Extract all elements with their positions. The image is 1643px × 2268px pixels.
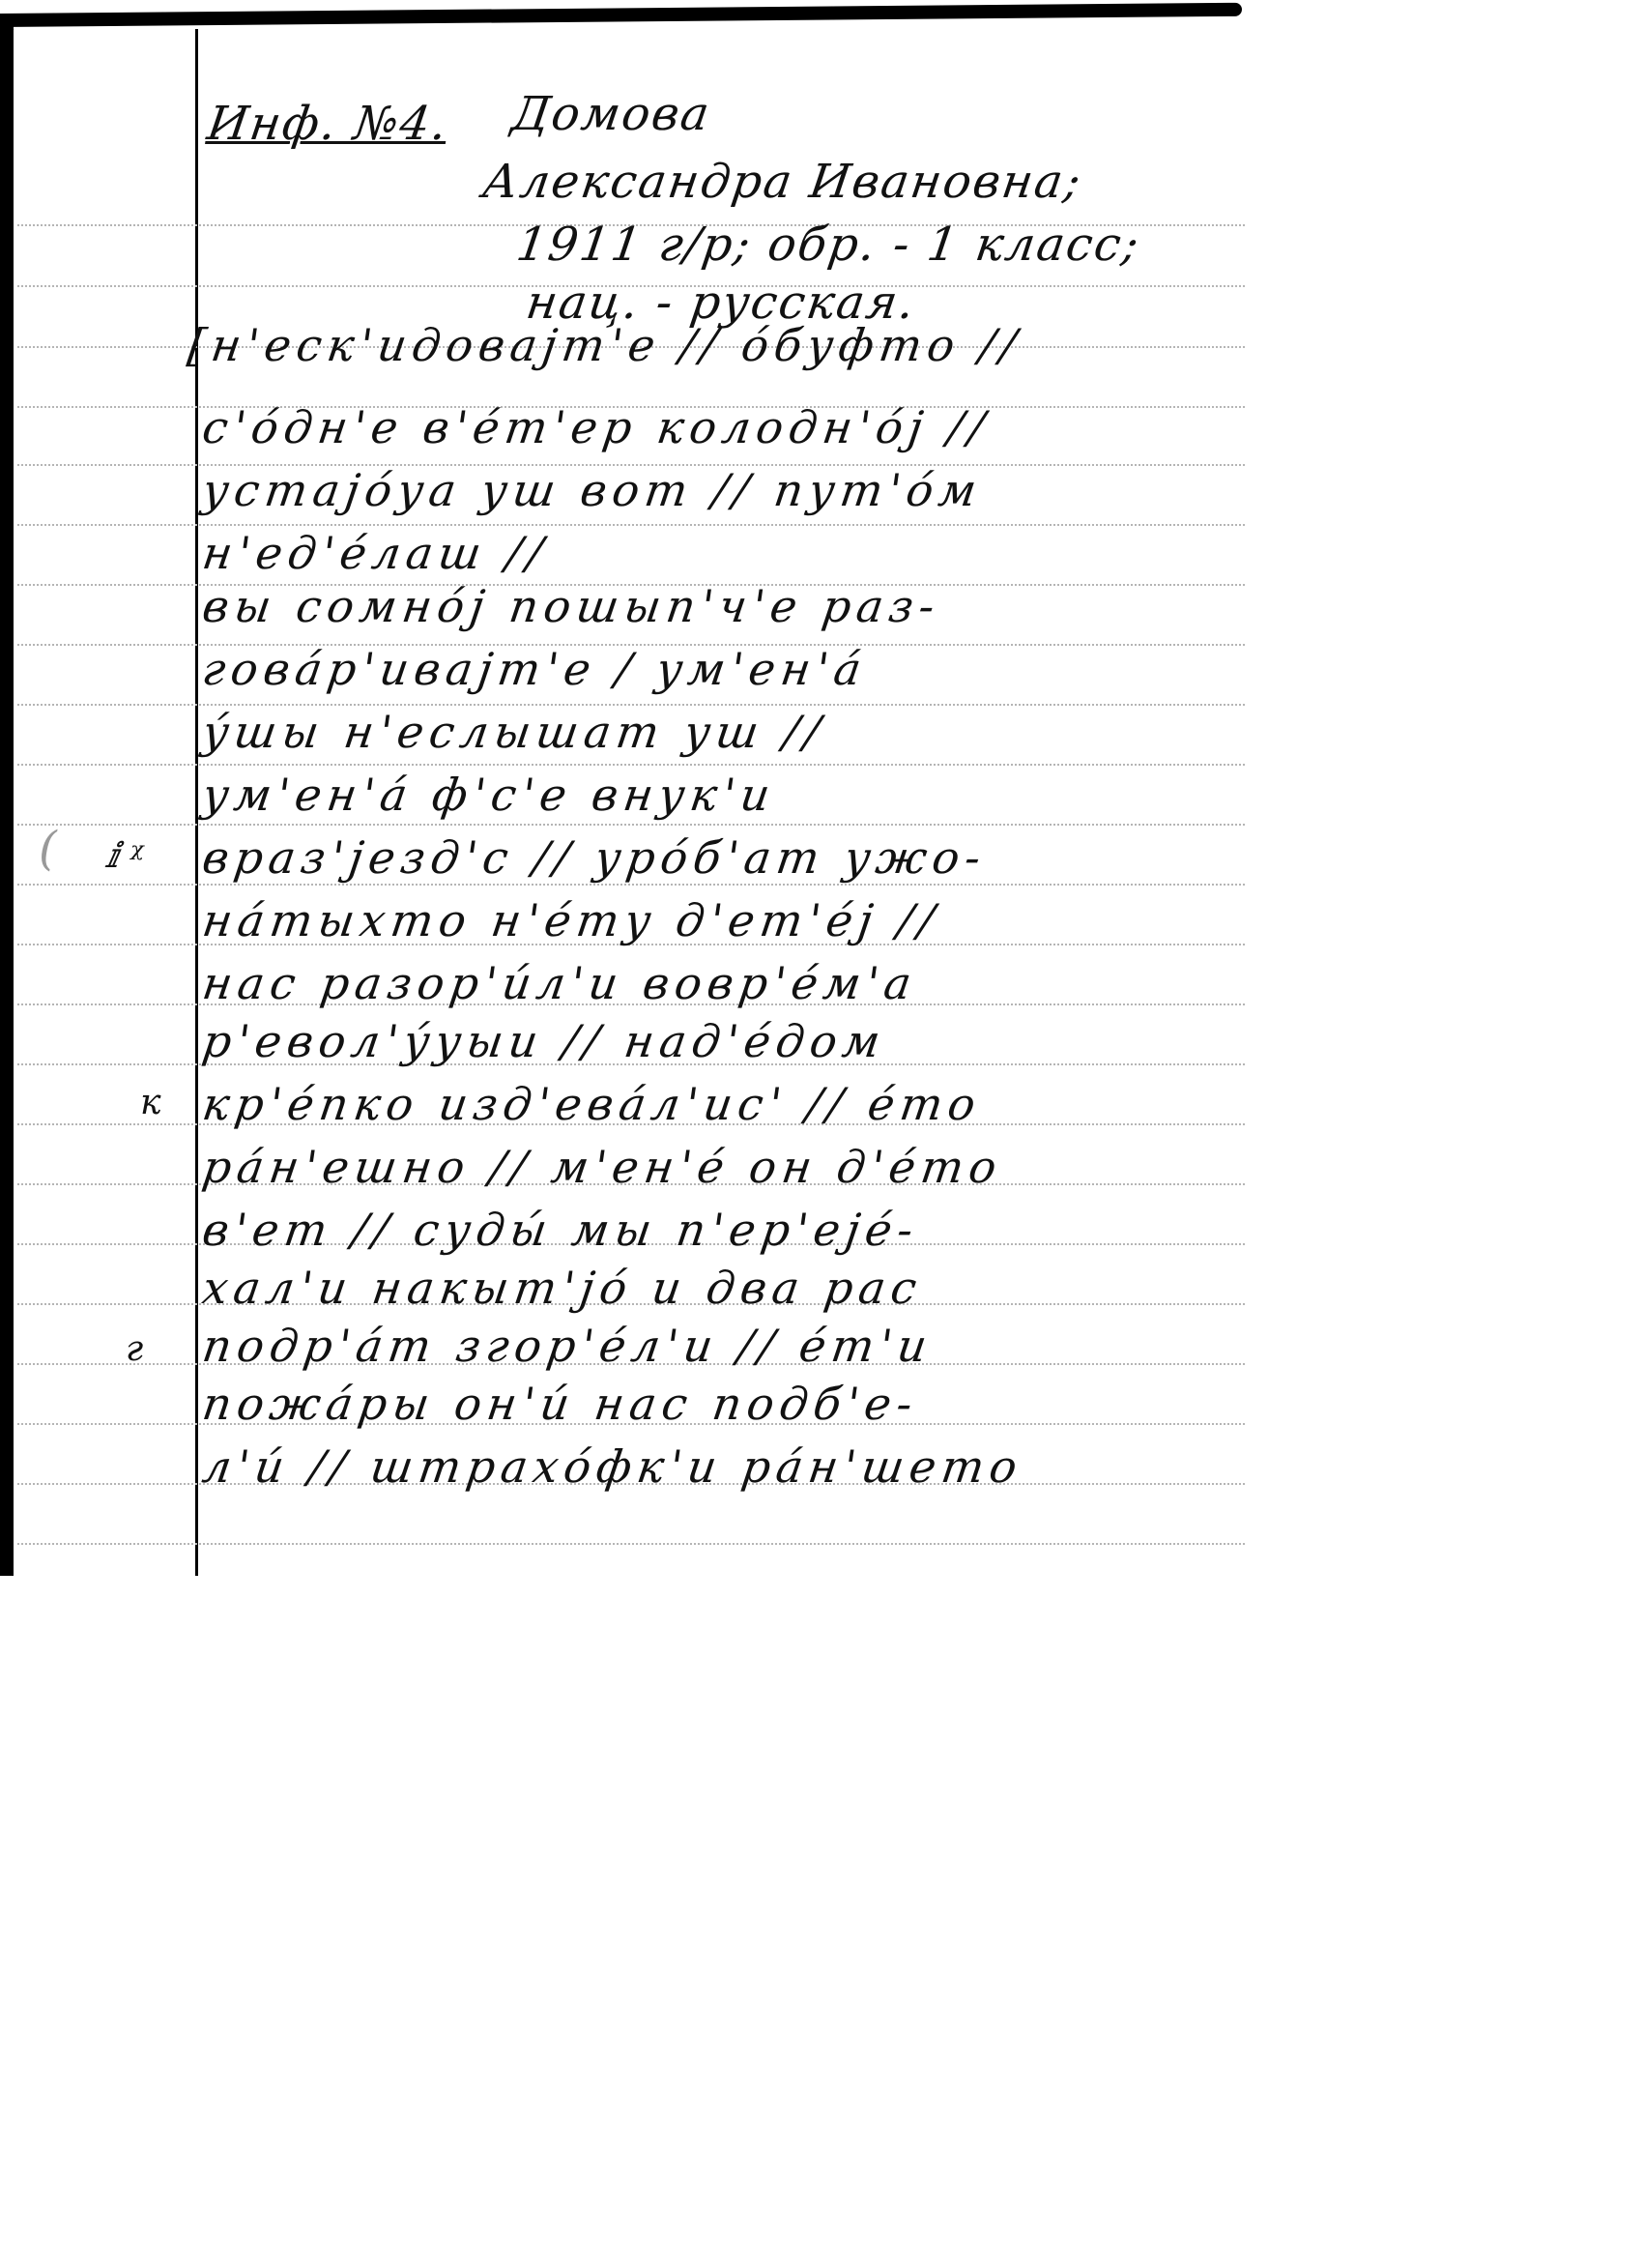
transcription-line: р'евол'у́уыи // над'е́дом [199,1015,889,1067]
transcription-line: л'и́ // штрахо́фк'и ра́н'шето [199,1440,1025,1493]
transcription-line: ра́н'ешно // м'ен'е́ он д'е́то [199,1141,1005,1193]
transcription-line: подр'а́т згор'е́л'и // е́т'и [199,1320,936,1372]
informant-label: Инф. №4. [204,97,452,151]
notebook-page: Инф. №4. Домова Александра Ивановна; 191… [0,0,1643,2268]
margin-line [195,29,198,1576]
ruling-line [17,764,1245,766]
transcription-line: враз'језд'с // уро́б'ат ужо- [199,831,990,884]
transcription-line: ум'ен'а́ ф'с'е внук'и [199,769,779,821]
ruling-line [17,1543,1245,1545]
transcription-line: вы сомно́ј пошып'ч'е раз- [199,580,943,632]
transcription-line: хал'и накыт'јо́ и два рас [199,1262,926,1314]
margin-faint-mark: ( [39,822,57,876]
margin-note: г [126,1329,143,1369]
ruling-line [17,824,1245,826]
transcription-line: н'ед'е́лаш // [199,527,552,579]
margin-note: ⅈ ᵡ [106,836,144,876]
transcription-line: устајо́уа уш вот // пут'о́м [199,464,985,516]
transcription-line: кр'е́пко изд'ева́л'ис' // е́то [199,1078,984,1130]
transcription-line: [н'еск'идовајт'е // о́буфто // [185,319,1025,371]
transcription-line: на́тыхто н'е́ту д'ет'е́ј // [199,894,943,946]
informant-birth-education: 1911 г/р; обр. - 1 класс; [513,218,1143,272]
transcription-line: гова́р'ивајт'е / ум'ен'а́ [199,643,870,695]
transcription-line: пожа́ры он'и́ нас подб'е- [199,1378,921,1430]
margin-note: к [140,1083,161,1122]
ruling-line [17,524,1245,526]
transcription-line: у́шы н'еслышат уш // [199,706,829,758]
page-left-edge [0,19,14,1576]
transcription-line: с'о́дн'е в'е́т'ер колодн'о́ј // [199,401,994,453]
informant-name: Александра Ивановна; [479,155,1085,209]
ruling-line [17,884,1245,886]
transcription-line: нас разор'и́л'и вовр'е́м'а [199,957,920,1009]
informant-surname: Домова [508,87,714,141]
transcription-line: в'ет // суды́ мы п'ер'еје́- [199,1204,922,1256]
page-top-edge [0,3,1242,27]
